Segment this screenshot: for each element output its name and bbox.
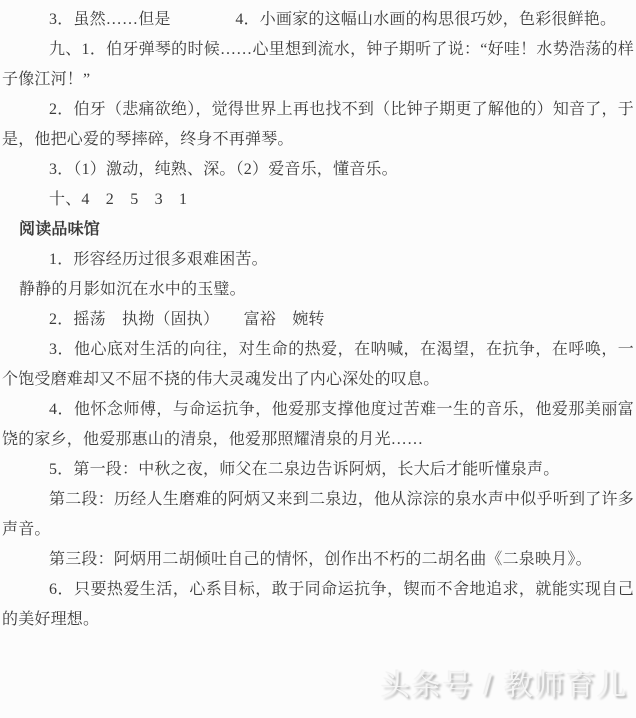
answer-section9-item1: 九、1．伯牙弹琴的时候……心里想到流水，钟子期听了说：“好哇！水势浩荡的样子像江… [2, 35, 634, 95]
answer-section10-sequence: 十、4 2 5 3 1 [2, 185, 634, 215]
reading-answer-3: 3．他心底对生活的向往，对生命的热爱，在呐喊，在渴望，在抗争，在呼唤，一个饱受磨… [2, 335, 634, 395]
reading-answer-6: 6．只要热爱生活，心系目标，敢于同命运抗争，锲而不舍地追求，就能实现自己的美好理… [2, 575, 634, 635]
answer-line-3-and-4: 3．虽然……但是 4．小画家的这幅山水画的构思很巧妙，色彩很鲜艳。 [2, 5, 634, 35]
watermark-toutiao-jiaoshi-yuer: 头条号 / 教师育儿 [381, 663, 628, 704]
reading-answer-5-paragraph1: 5．第一段：中秋之夜，师父在二泉边告诉阿炳，长大后才能听懂泉声。 [2, 455, 634, 485]
answer-section9-item3: 3．（1）激动，纯熟、深。（2）爱音乐，懂音乐。 [2, 155, 634, 185]
answer-section9-item2: 2．伯牙（悲痛欲绝），觉得世界上再也找不到（比钟子期更了解他的）知音了，于是，他… [2, 95, 634, 155]
reading-answer-5-paragraph3: 第三段：阿炳用二胡倾吐自己的情怀，创作出不朽的二胡名曲《二泉映月》。 [2, 545, 634, 575]
reading-answer-4: 4．他怀念师傅，与命运抗争，他爱那支撑他度过苦难一生的音乐，他爱那美丽富饶的家乡… [2, 395, 634, 455]
reading-answer-1-sentence: 静静的月影如沉在水中的玉璧。 [2, 275, 634, 305]
reading-answer-1: 1．形容经历过很多艰难困苦。 [2, 245, 634, 275]
reading-answer-2: 2．摇荡 执拗（固执） 富裕 婉转 [2, 305, 634, 335]
reading-answer-5-paragraph2: 第二段：历经人生磨难的阿炳又来到二泉边，他从淙淙的泉水声中似乎听到了许多声音。 [2, 485, 634, 545]
section-heading-reading-gallery: 阅读品味馆 [2, 215, 634, 245]
answers-document: 3．虽然……但是 4．小画家的这幅山水画的构思很巧妙，色彩很鲜艳。 九、1．伯牙… [0, 0, 636, 635]
